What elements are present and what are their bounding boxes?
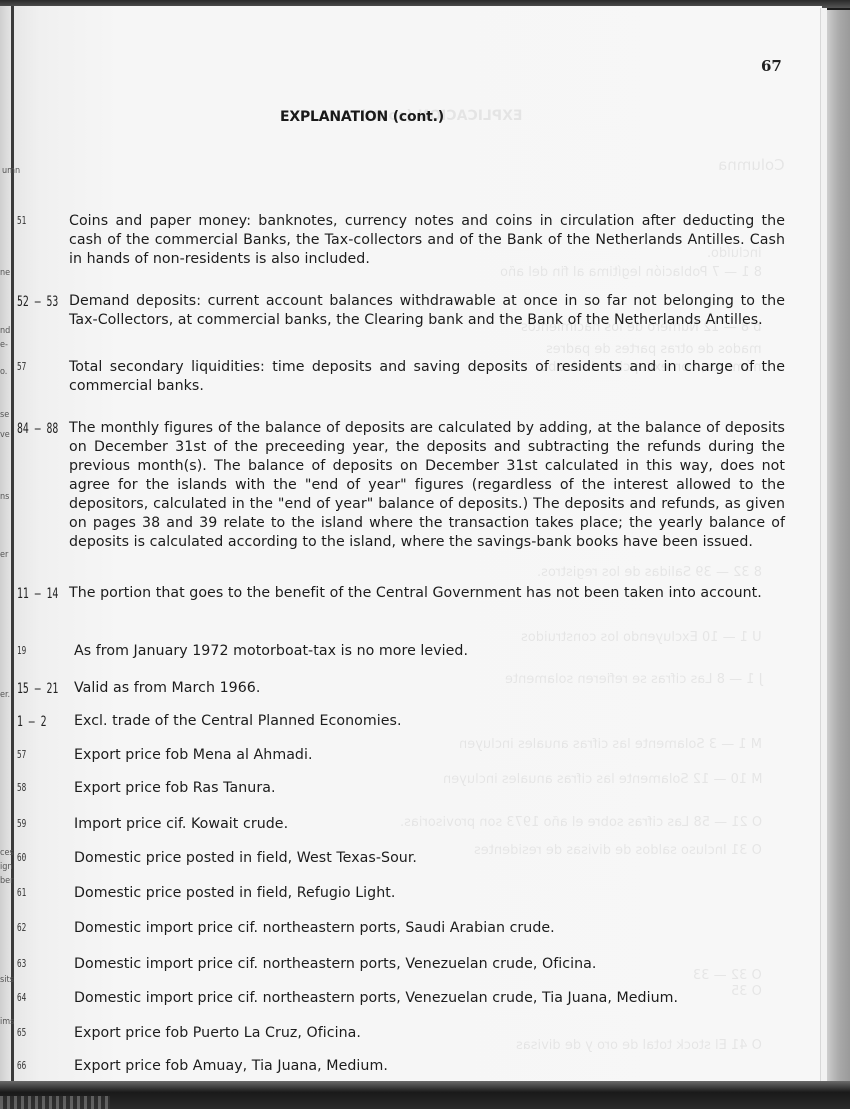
explanation-text: Import price cif. Kowait crude. xyxy=(74,815,790,834)
facing-page-fragment: ns xyxy=(0,492,9,502)
facing-page-fragment: se xyxy=(0,410,9,420)
book-bottom-edge xyxy=(0,1081,850,1109)
facing-page-fragment: nd xyxy=(0,326,10,336)
explanation-text: The portion that goes to the benefit of … xyxy=(69,584,785,603)
explanation-text: Export price fob Amuay, Tia Juana, Mediu… xyxy=(74,1057,790,1076)
facing-page-fragment: umn xyxy=(2,166,20,176)
facing-page-fragment: o. xyxy=(0,367,7,377)
explanation-text: Export price fob Mena al Ahmadi. xyxy=(74,746,790,765)
facing-page-fragment: ces xyxy=(0,848,14,858)
explanation-text: Demand deposits: current account balance… xyxy=(69,292,785,330)
explanation-text: Valid as from March 1966. xyxy=(74,679,790,698)
explanation-text: Coins and paper money: banknotes, curren… xyxy=(69,212,785,269)
facing-page-fragment: ve xyxy=(0,430,10,440)
facing-page-fragment: ne xyxy=(0,268,10,278)
facing-page-fragment: ber xyxy=(0,876,13,886)
explanation-text: The monthly figures of the balance of de… xyxy=(69,419,785,552)
show-through-line: mados de otras partes de padres xyxy=(546,342,762,357)
explanation-text: Domestic price posted in field, West Tex… xyxy=(74,849,790,868)
column-reference: 59 xyxy=(17,817,26,830)
column-reference: 62 xyxy=(17,921,26,934)
column-reference: 57 xyxy=(17,360,26,373)
explanation-text: Domestic import price cif. northeastern … xyxy=(74,919,790,938)
page-edge xyxy=(820,8,827,1085)
explanation-text: Domestic import price cif. northeastern … xyxy=(74,989,790,1008)
column-reference: 51 xyxy=(17,214,26,227)
explanation-text: Total secondary liquidities: time deposi… xyxy=(69,358,785,396)
column-reference: 15 — 21 xyxy=(17,681,58,697)
facing-page-fragment: sits xyxy=(0,975,14,985)
column-reference: 11 — 14 xyxy=(17,586,58,602)
page-number: 67 xyxy=(761,57,782,75)
column-reference: 65 xyxy=(17,1026,26,1039)
column-reference: 66 xyxy=(17,1059,26,1072)
column-reference: 84 — 88 xyxy=(17,421,58,437)
explanation-text: Excl. trade of the Central Planned Econo… xyxy=(74,712,790,731)
facing-page-fragment: ims xyxy=(0,1017,14,1027)
explanation-text: Domestic import price cif. northeastern … xyxy=(74,955,790,974)
column-reference: 61 xyxy=(17,886,26,899)
column-reference: 63 xyxy=(17,957,26,970)
explanation-text: Export price fob Ras Tanura. xyxy=(74,779,790,798)
column-reference: 52 — 53 xyxy=(17,294,58,310)
explanation-text: Domestic price posted in field, Refugio … xyxy=(74,884,790,903)
facing-page-fragment: ign xyxy=(0,862,13,872)
facing-page-fragment: e- xyxy=(0,340,8,350)
column-reference: 64 xyxy=(17,991,26,1004)
column-reference: 60 xyxy=(17,851,26,864)
show-through-line: 8 32 — 39 Salidas de los registros. xyxy=(537,565,762,580)
facing-page-fragment: er xyxy=(0,550,8,560)
explanation-text: Export price fob Puerto La Cruz, Oficina… xyxy=(74,1024,790,1043)
column-reference: 1 — 2 xyxy=(17,714,47,730)
show-through-label: Columna xyxy=(718,156,785,174)
column-reference: 57 xyxy=(17,748,26,761)
book-page: EXPLICACION (cont.)Columnaincluído.8 1 —… xyxy=(0,6,822,1081)
page-title: EXPLANATION (cont.) xyxy=(280,109,444,125)
scanner-ruler xyxy=(0,1096,110,1109)
column-reference: 58 xyxy=(17,781,26,794)
facing-page-fragment: er. xyxy=(0,690,10,700)
explanation-text: As from January 1972 motorboat-tax is no… xyxy=(74,642,790,661)
column-reference: 19 xyxy=(17,644,26,657)
